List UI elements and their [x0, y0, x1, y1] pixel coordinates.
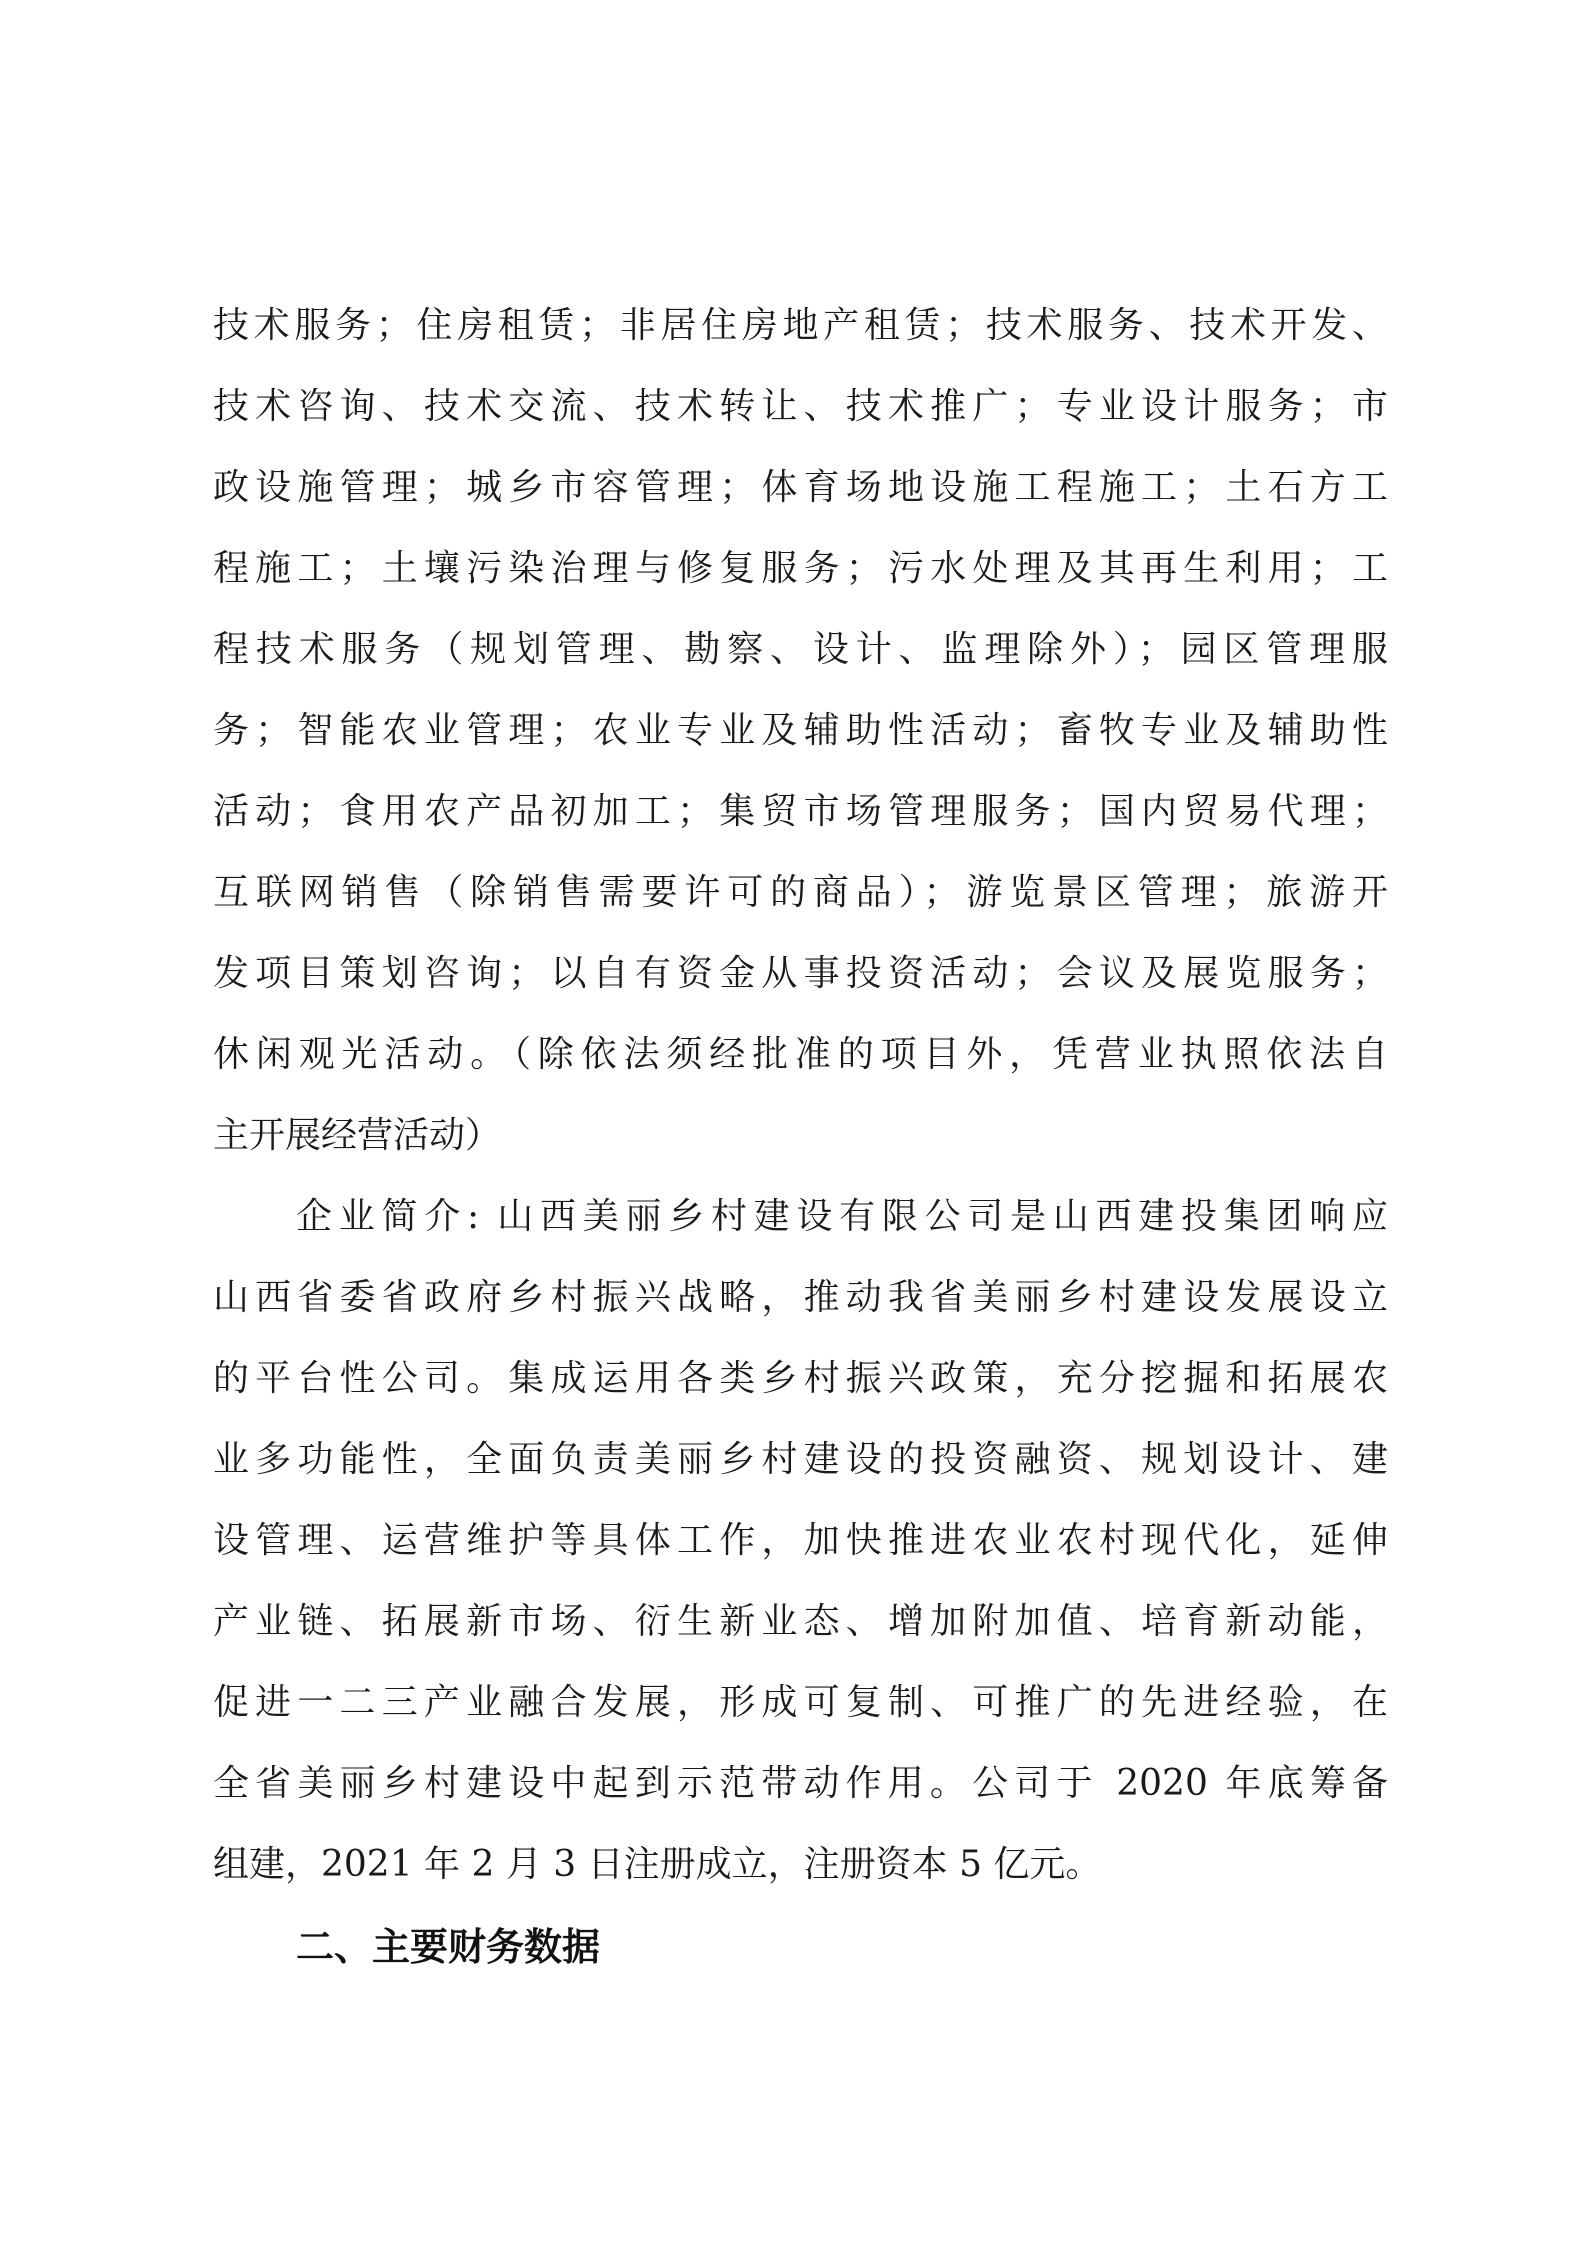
- text-line: 山西省委省政府乡村振兴战略，推动我省美丽乡村建设发展设立: [213, 1268, 1388, 1328]
- text-line: 组建，2021 年 2 月 3 日注册成立，注册资本 5 亿元。: [213, 1835, 1388, 1895]
- text-line: 企业简介: 山西美丽乡村建设有限公司是山西建投集团响应: [296, 1187, 1388, 1247]
- text-line: 程技术服务（规划管理、勘察、设计、监理除外）；园区管理服: [213, 620, 1388, 680]
- text-line: 全省美丽乡村建设中起到示范带动作用。公司于 2020 年底筹备: [213, 1754, 1388, 1814]
- text-line: 产业链、拓展新市场、衍生新业态、增加附加值、培育新动能，: [213, 1592, 1388, 1652]
- text-line: 技术服务；住房租赁；非居住房地产租赁；技术服务、技术开发、: [213, 296, 1388, 356]
- section-heading: 二、主要财务数据: [296, 1917, 600, 1977]
- text-line: 业多功能性，全面负责美丽乡村建设的投资融资、规划设计、建: [213, 1430, 1388, 1490]
- text-line: 活动；食用农产品初加工；集贸市场管理服务；国内贸易代理；: [213, 782, 1388, 842]
- document-page: 技术服务；住房租赁；非居住房地产租赁；技术服务、技术开发、 技术咨询、技术交流、…: [0, 0, 1586, 2245]
- text-line: 互联网销售（除销售需要许可的商品）；游览景区管理；旅游开: [213, 863, 1388, 923]
- text-line: 程施工；土壤污染治理与修复服务；污水处理及其再生利用；工: [213, 539, 1388, 599]
- text-line: 促进一二三产业融合发展，形成可复制、可推广的先进经验，在: [213, 1673, 1388, 1733]
- text-line: 务；智能农业管理；农业专业及辅助性活动；畜牧专业及辅助性: [213, 701, 1388, 761]
- text-line: 的平台性公司。集成运用各类乡村振兴政策，充分挖掘和拓展农: [213, 1349, 1388, 1409]
- text-line: 政设施管理；城乡市容管理；体育场地设施工程施工；土石方工: [213, 458, 1388, 518]
- text-line: 休闲观光活动。（除依法须经批准的项目外，凭营业执照依法自: [213, 1025, 1388, 1085]
- text-line: 主开展经营活动）: [213, 1106, 1388, 1166]
- text-line: 设管理、运营维护等具体工作，加快推进农业农村现代化，延伸: [213, 1511, 1388, 1571]
- text-line: 技术咨询、技术交流、技术转让、技术推广；专业设计服务；市: [213, 377, 1388, 437]
- text-line: 发项目策划咨询；以自有资金从事投资活动；会议及展览服务；: [213, 944, 1388, 1004]
